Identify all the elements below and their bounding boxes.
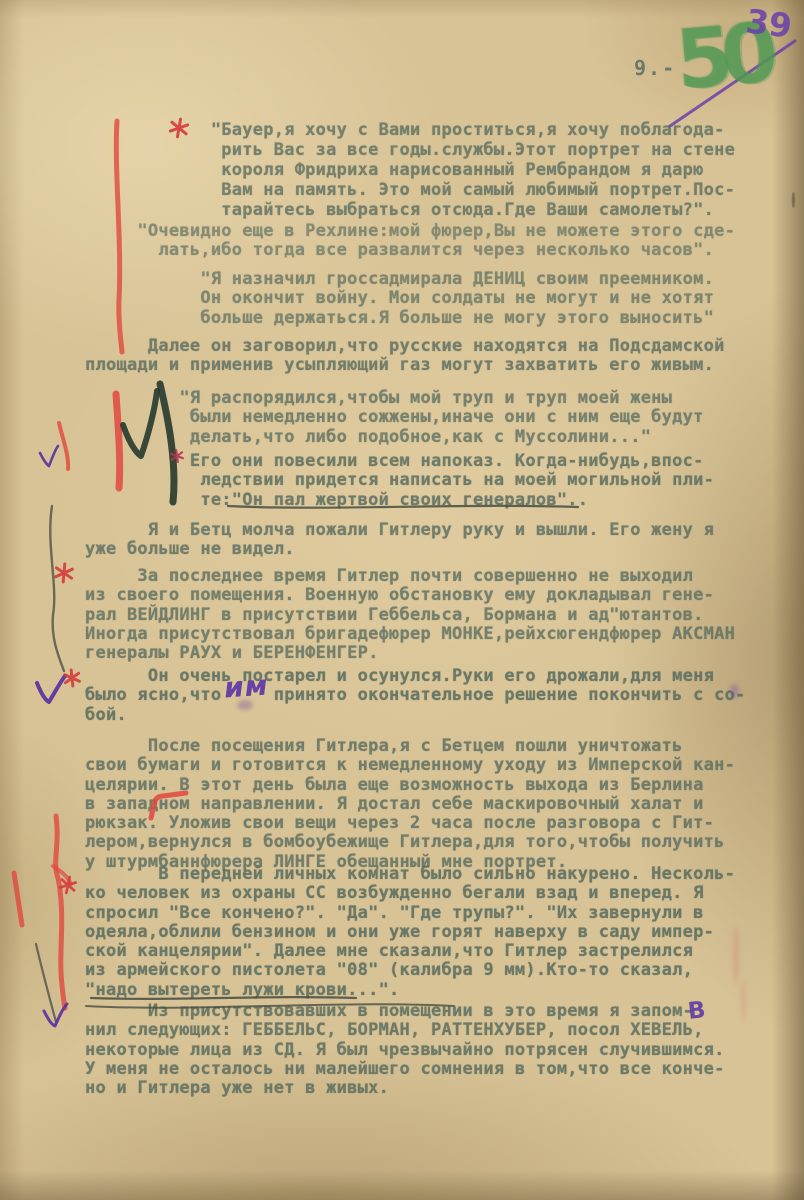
handwritten-insertion-im: им — [223, 668, 270, 704]
typed-text-layer: 9.- "Бауер,я хочу с Вами проститься,я хо… — [0, 0, 804, 1200]
paragraph-p11: В передней личных комнат было сильно нак… — [85, 865, 735, 1000]
paragraph-p9: Он очень постарел и осунулся.Руки его др… — [85, 667, 746, 725]
pink-smudge-right-lower — [741, 980, 746, 1022]
paragraph-p4: Далее он заговорил,что русские находятся… — [85, 337, 725, 376]
paragraph-p6: Его они повесили всем напоказ. Когда-ниб… — [85, 452, 714, 510]
archival-number-purple: 39 — [744, 1, 794, 45]
purple-ink-smudge-right — [730, 684, 739, 698]
paragraph-p5: "Я распорядился,чтобы мой труп и труп мо… — [85, 389, 704, 447]
document-page: 9.- "Бауер,я хочу с Вами проститься,я хо… — [0, 0, 804, 1200]
pink-smudge-right-upper — [733, 926, 739, 984]
typed-page-number: 9.- — [634, 56, 676, 80]
paragraph-p7: Я и Бетц молча пожали Гитлеру руку и выш… — [85, 521, 714, 560]
paragraph-p1: "Бауер,я хочу с Вами проститься,я хочу п… — [85, 120, 735, 220]
paragraph-p12: Из присутствовавших в помещении в это вр… — [85, 1002, 725, 1098]
dark-mark-right-edge — [792, 192, 795, 208]
paragraph-p8: За последнее время Гитлер почти совершен… — [85, 567, 735, 663]
handwritten-correction-letter: В — [687, 997, 707, 1025]
paragraph-p3: "Я назначил гроссадмирала ДЕНИЦ своим пр… — [85, 270, 714, 328]
paragraph-p10: После посещения Гитлера,я с Бетцем пошли… — [85, 737, 735, 872]
paragraph-p2: "Очевидно еще в Рехлине:мой фюрер,Вы не … — [85, 222, 735, 261]
